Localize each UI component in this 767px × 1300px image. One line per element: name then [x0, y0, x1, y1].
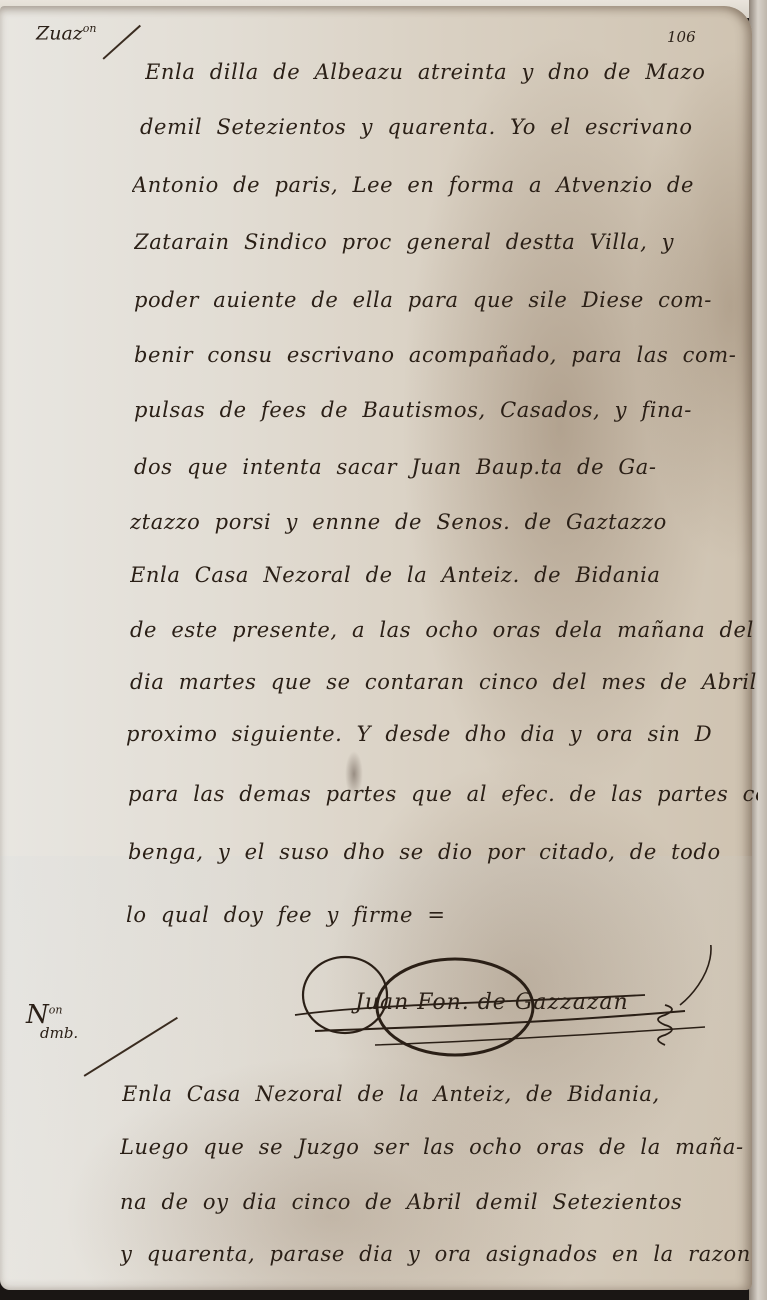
- text-line: Zatarain Sindico proc general destta Vil…: [134, 230, 764, 254]
- text-line: benir consu escrivano acompañado, para l…: [134, 343, 764, 367]
- text-line: dia martes que se contaran cinco del mes…: [130, 670, 760, 694]
- margin-note-subtext: dmb.: [40, 1024, 78, 1042]
- folio-number: 106: [667, 28, 696, 46]
- text-line: ztazzo porsi y ennne de Senos. de Gaztaz…: [130, 510, 760, 534]
- margin-note-middle: Non dmb.: [26, 1000, 78, 1042]
- text-line: benga, y el suso dho se dio por citado, …: [128, 840, 758, 864]
- text-line: Luego que se Juzgo ser las ocho oras de …: [120, 1135, 750, 1159]
- text-line: proximo siguiente. Y desde dho dia y ora…: [126, 722, 756, 746]
- margin-note-text: Zuaz: [36, 22, 83, 44]
- text-line: Antonio de paris, Lee en forma a Atvenzi…: [132, 173, 762, 197]
- text-line: y quarenta, parase dia y ora asignados e…: [120, 1242, 750, 1266]
- text-line: Enla Casa Nezoral de la Anteiz. de Bidan…: [130, 563, 760, 587]
- text-line: Enla dilla de Albeazu atreinta y dno de …: [145, 60, 767, 84]
- margin-note-top: Zuazon: [36, 22, 97, 44]
- text-line: dos que intenta sacar Juan Baup.ta de Ga…: [134, 455, 764, 479]
- text-line: Enla Casa Nezoral de la Anteiz, de Bidan…: [122, 1082, 752, 1106]
- signature: Juan Fon. de Gazzazan: [355, 990, 629, 1015]
- text-line: para las demas partes que al efec. de la…: [128, 782, 758, 806]
- margin-note-superscript: on: [49, 1003, 63, 1016]
- text-line: lo qual doy fee y firme =: [126, 903, 756, 927]
- margin-note-superscript: on: [83, 22, 97, 35]
- text-line: de este presente, a las ocho oras dela m…: [130, 618, 760, 642]
- text-line: pulsas de fees de Bautismos, Casados, y …: [134, 398, 764, 422]
- text-line: demil Setezientos y quarenta. Yo el escr…: [140, 115, 767, 139]
- text-line: na de oy dia cinco de Abril demil Setezi…: [120, 1190, 750, 1214]
- text-line: poder auiente de ella para que sile Dies…: [134, 288, 764, 312]
